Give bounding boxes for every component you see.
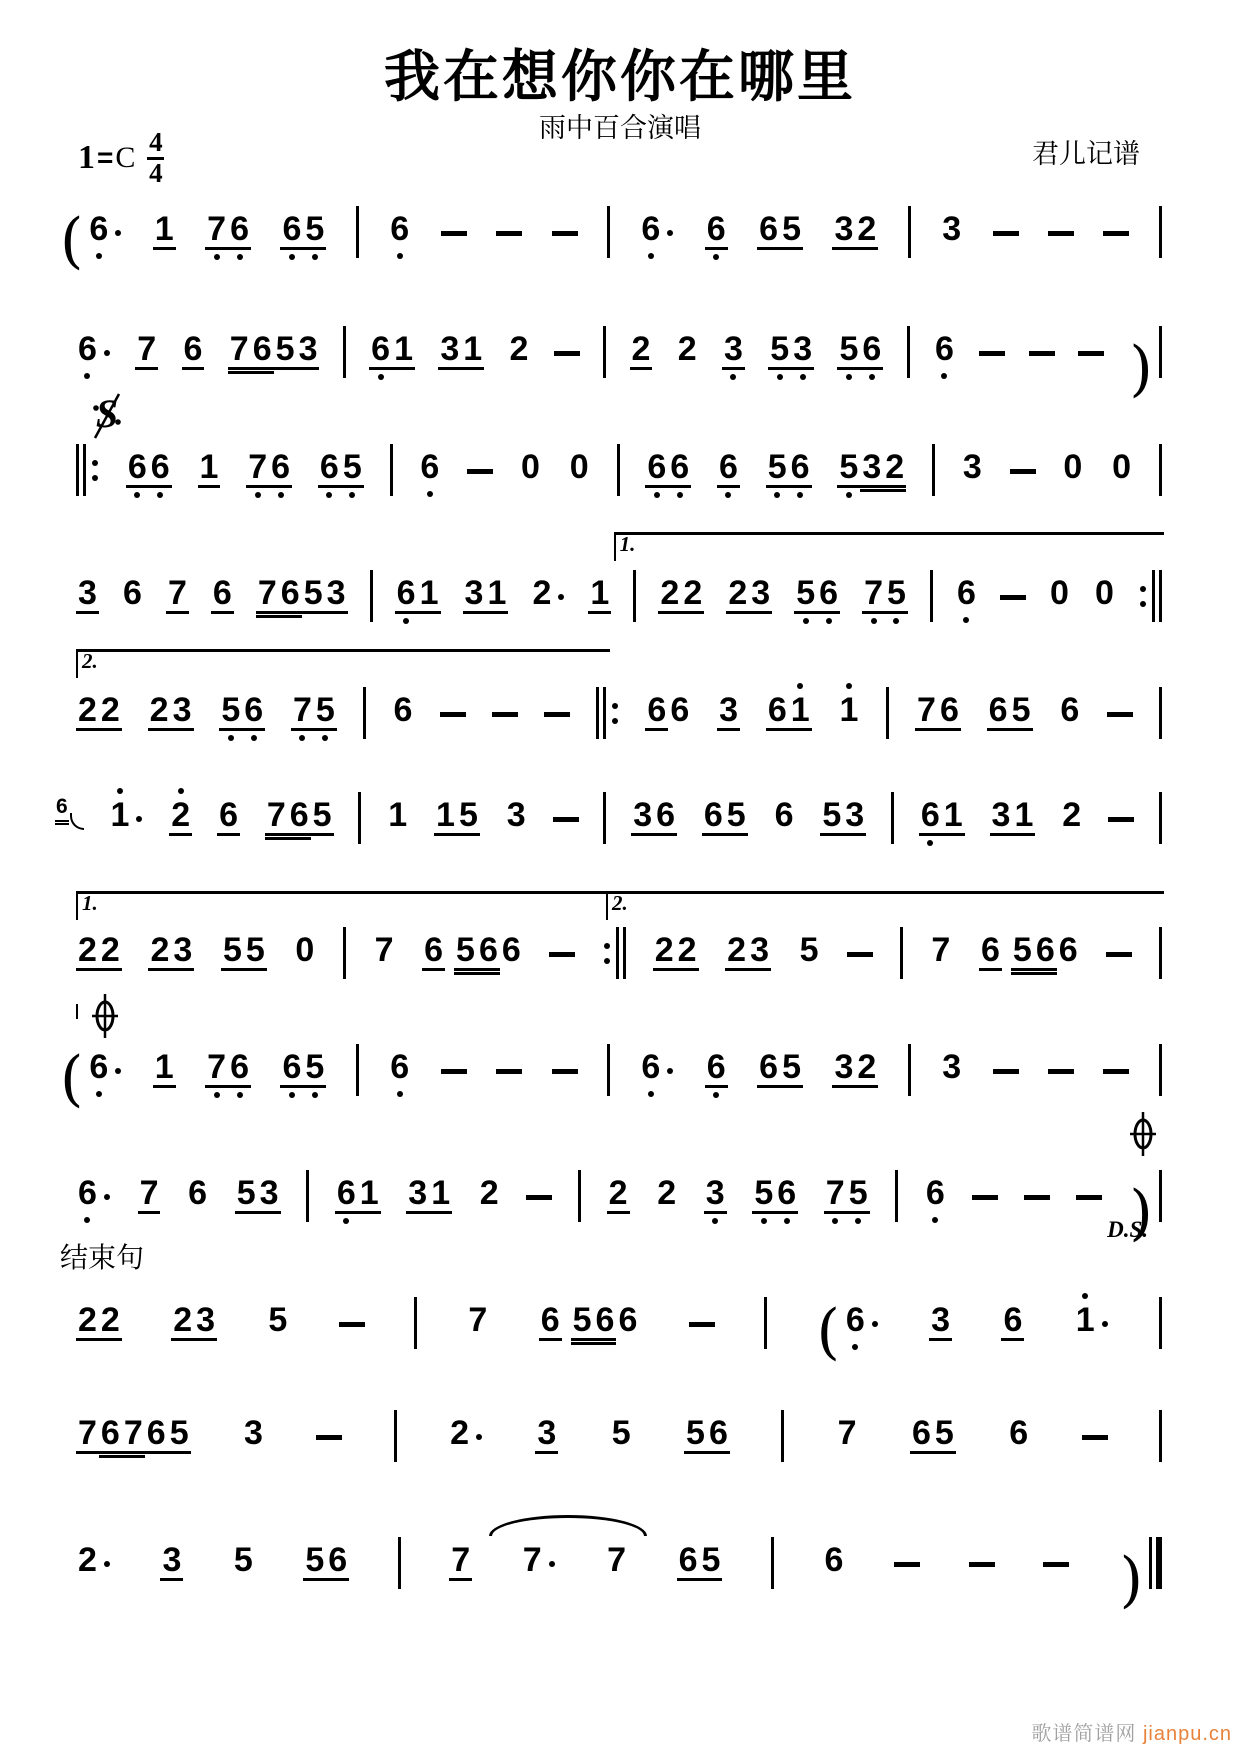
volta-label: 1. (620, 533, 636, 556)
note-digit: 3 (748, 933, 771, 971)
note-token: 7 (449, 1543, 472, 1581)
note-digit: 2 (76, 933, 99, 971)
low-octave-dot (84, 373, 90, 379)
barline (781, 1410, 784, 1462)
note-digit: 2 (530, 576, 553, 614)
low-octave-dot (84, 1217, 90, 1223)
note-digit: 2 (99, 693, 122, 731)
low-octave-dot (289, 254, 295, 260)
note-digit: 6 (668, 450, 691, 488)
barline (1159, 1170, 1162, 1222)
dash-continuation (492, 712, 518, 717)
note-digit: 1 (418, 576, 441, 614)
duration-dot (104, 1561, 110, 1567)
close-paren-barline: ) (1127, 1170, 1161, 1222)
note-digit: 5 (885, 576, 908, 614)
note-token: 22 (76, 1303, 122, 1341)
note-digit: 6 (388, 212, 411, 250)
duration-dot (667, 230, 673, 236)
repeat-dots (604, 943, 610, 964)
note-digit: 1 (198, 450, 221, 488)
note-digit: 2 (478, 1176, 501, 1214)
note-token: 6 (933, 332, 956, 370)
dash-continuation (1029, 351, 1055, 356)
dash-continuation (1082, 1435, 1108, 1440)
barline (603, 792, 606, 844)
note-digit: 7 (122, 1416, 145, 1454)
note-digit: 1 (434, 798, 457, 836)
note-digit: 3 (406, 1176, 429, 1214)
key-equals: = (97, 144, 113, 172)
note-digit: 6 (645, 450, 668, 488)
note-token: 15 (434, 798, 480, 836)
note-token: 0 (1048, 576, 1071, 614)
note-digit: 5 (684, 1416, 707, 1454)
note-digit: 3 (194, 1303, 217, 1341)
note-token: 2 (1060, 798, 1083, 836)
dash-continuation (440, 712, 466, 717)
note-token: 6 (1058, 693, 1081, 731)
barline (617, 444, 620, 496)
note-digit: 5 (1010, 693, 1033, 731)
note-digit: 2 (99, 933, 122, 971)
note-digit: 3 (940, 1050, 963, 1088)
note-digit: 7 (205, 212, 228, 250)
low-octave-dot (312, 1092, 318, 1098)
note-digit: 6 (717, 450, 740, 488)
duration-dot (136, 816, 142, 822)
barline (932, 444, 935, 496)
sheet-music-page: 我在想你你在哪里 雨中百合演唱 1 = C 4 4 君儿记谱 (61766566… (0, 0, 1240, 1754)
note-token: 6566 (979, 933, 1080, 971)
note-token: 23 (148, 693, 194, 731)
note-token: 2 (630, 332, 653, 370)
low-octave-dot (349, 492, 355, 498)
dash-continuation (1078, 351, 1104, 356)
dash-continuation (1000, 595, 1026, 600)
note-digit: 5 (341, 450, 364, 488)
note-digit: 6 (938, 693, 961, 731)
dash-continuation (969, 1562, 995, 1567)
volta-label: 2. (612, 892, 628, 915)
note-digit: 5 (168, 1416, 191, 1454)
note-token: 3 (940, 1050, 963, 1088)
note-token: 3 (961, 450, 984, 488)
repeat-start-barline (76, 444, 100, 496)
note-digit: 0 (519, 450, 542, 488)
barline (356, 1044, 359, 1096)
note-token: 65 (757, 1050, 803, 1088)
note-token: 65 (910, 1416, 956, 1454)
note-digit: 5 (837, 332, 860, 370)
note-digit: 0 (1093, 576, 1116, 614)
dash-continuation (553, 817, 579, 822)
volta-bracket: 2. (76, 649, 610, 678)
coda-tick (76, 1004, 78, 1019)
barline (607, 206, 610, 258)
low-octave-dot (963, 617, 969, 623)
score-line: 23556777656) (76, 1541, 1162, 1581)
dash-continuation (1024, 1195, 1050, 1200)
note-digit: 3 (832, 1050, 855, 1088)
note-digit: 7 (256, 576, 279, 614)
dash-continuation (972, 1195, 998, 1200)
low-octave-dot (278, 492, 284, 498)
note-digit: 7 (449, 1543, 472, 1581)
note-digit: 6 (1058, 693, 1081, 731)
score-line: 1.2.2223550765662223576566 (76, 931, 1162, 971)
note-digit: 6 (269, 450, 292, 488)
note-digit: 5 (219, 693, 242, 731)
barline (771, 1537, 774, 1589)
barline (895, 1170, 898, 1222)
note-digit: 5 (235, 1176, 258, 1214)
note-token: 65 (280, 1050, 326, 1088)
repeat-end-barline (1138, 570, 1162, 622)
note-digit: 7 (166, 576, 189, 614)
note-digit: 6 (369, 332, 392, 370)
note-digit: 6 (76, 1176, 99, 1214)
barline (306, 1170, 309, 1222)
open-paren: ( (60, 1058, 83, 1100)
low-octave-dot (427, 491, 433, 497)
note-token: 1 (198, 450, 221, 488)
ending-label: 结束句 (60, 1241, 144, 1275)
note-digit: 5 (454, 933, 477, 971)
note-token: 2 (530, 576, 566, 614)
duration-dot (476, 1434, 482, 1440)
note-digit: 7 (291, 693, 314, 731)
low-octave-dot (157, 492, 163, 498)
note-digit: 2 (630, 332, 653, 370)
open-paren: ( (816, 1311, 839, 1353)
note-digit: 2 (1060, 798, 1083, 836)
note-digit: 2 (148, 693, 171, 731)
barline (358, 792, 361, 844)
barline (1159, 1297, 1162, 1349)
dash-continuation (544, 712, 570, 717)
note-digit: 2 (148, 933, 171, 971)
volta-bracket: 1. (614, 532, 1164, 561)
note-digit: 3 (832, 212, 855, 250)
note-digit: 6 (228, 1050, 251, 1088)
barline (891, 792, 894, 844)
note-digit: 2 (681, 576, 704, 614)
note-token: 2 (169, 798, 192, 836)
note-digit: 7 (836, 1416, 859, 1454)
low-octave-dot (255, 492, 261, 498)
volta-bracket: 1. (76, 891, 608, 920)
note-digit: 6 (979, 933, 1002, 971)
note-token: 22 (76, 933, 122, 971)
dash-continuation (1043, 1562, 1069, 1567)
low-octave-dot (134, 492, 140, 498)
note-token: 1 (837, 693, 860, 731)
barline (1152, 570, 1155, 622)
note-digit: 1 (461, 332, 484, 370)
barline (907, 326, 910, 378)
note-token: 1 (1074, 1303, 1110, 1341)
note-digit: 3 (704, 1176, 727, 1214)
note-digit: 1 (153, 212, 176, 250)
key-signature: 1 = C 4 4 (78, 130, 164, 186)
low-octave-dot (871, 618, 877, 624)
coda-icon (1128, 1110, 1158, 1163)
note-token: 75 (291, 693, 337, 731)
dash-continuation (316, 1435, 342, 1440)
note-token: 76 (205, 1050, 251, 1088)
note-token: 6 (639, 212, 675, 250)
note-digit: 1 (109, 798, 132, 836)
note-digit: 6 (707, 1416, 730, 1454)
note-digit: 2 (726, 576, 749, 614)
note-digit: 0 (1061, 450, 1084, 488)
dash-continuation (1048, 231, 1074, 236)
note-token: 3 (704, 1176, 727, 1214)
note-token: 1 (153, 1050, 176, 1088)
note-digit: 6 (121, 576, 144, 614)
note-digit: 2 (171, 1303, 194, 1341)
note-digit: 1 (386, 798, 409, 836)
low-octave-dot (713, 254, 719, 260)
note-digit: 7 (373, 933, 396, 971)
score-line: (61766566665323 (60, 1048, 1162, 1088)
note-digit: 2 (676, 933, 699, 971)
watermark-url: jianpu.cn (1143, 1723, 1232, 1745)
note-digit: 6 (335, 1176, 358, 1214)
volta-bracket: 2. (606, 891, 1164, 920)
note-token: 6 (76, 1176, 112, 1214)
note-token: 22 (76, 693, 122, 731)
dash-continuation (1076, 1195, 1102, 1200)
note-token: 1 (588, 576, 611, 614)
note-token: 2 (655, 1176, 678, 1214)
note-token: 23 (726, 576, 772, 614)
note-token: 61 (335, 1176, 381, 1214)
low-octave-dot (648, 253, 654, 259)
dash-continuation (554, 351, 580, 356)
dash-continuation (847, 952, 873, 957)
barline (343, 927, 346, 979)
note-digit: 1 (392, 332, 415, 370)
low-octave-dot (677, 492, 683, 498)
note-digit: 1 (1074, 1303, 1097, 1341)
ds-label: D.S. (1107, 1218, 1148, 1241)
note-digit: 0 (1110, 450, 1133, 488)
note-digit: 6 (668, 693, 691, 731)
watermark: 歌谱简谱网 jianpu.cn (1031, 1722, 1232, 1746)
note-digit: 3 (258, 1176, 281, 1214)
note-digit: 6 (1057, 933, 1080, 971)
low-octave-dot (730, 374, 736, 380)
note-digit: 6 (395, 576, 418, 614)
time-top: 4 (149, 130, 163, 156)
note-digit: 3 (990, 798, 1013, 836)
note-digit: 6 (817, 576, 840, 614)
note-token: 2 (76, 1543, 112, 1581)
note-token: 5 (232, 1543, 255, 1581)
note-token: 6 (773, 798, 796, 836)
note-token: 61 (395, 576, 441, 614)
coda-icon (90, 992, 120, 1045)
note-digit: 6 (789, 450, 812, 488)
note-token: 6 (955, 576, 978, 614)
dash-continuation (526, 1195, 552, 1200)
low-octave-dot (893, 618, 899, 624)
note-digit: 7 (135, 332, 158, 370)
score-line: 结束句2223576566(6361 (76, 1301, 1162, 1341)
note-digit: 2 (883, 450, 906, 488)
note-digit: 1 (358, 1176, 381, 1214)
note-digit: 6 (616, 1303, 639, 1341)
repeat-dot (612, 718, 618, 724)
dash-continuation (689, 1322, 715, 1327)
note-digit: 5 (311, 798, 334, 836)
open-paren: ( (60, 220, 83, 262)
note-token: 56 (837, 332, 883, 370)
note-token: 6 (717, 450, 740, 488)
note-digit: 5 (221, 933, 244, 971)
note-digit: 2 (725, 933, 748, 971)
low-octave-dot (712, 1218, 718, 1224)
note-token: 22 (658, 576, 704, 614)
low-octave-dot (761, 1218, 767, 1224)
barline (370, 570, 373, 622)
note-token: 3 (722, 332, 745, 370)
low-octave-dot (322, 735, 328, 741)
note-digit: 5 (1011, 933, 1034, 971)
dash-continuation (549, 952, 575, 957)
dash-continuation (339, 1322, 365, 1327)
note-token: 66 (126, 450, 172, 488)
time-bottom: 4 (149, 161, 163, 187)
close-paren-final-barline: ) (1118, 1537, 1162, 1589)
note-token: 56 (303, 1543, 349, 1581)
note-digit: 3 (505, 798, 528, 836)
duration-dot (1102, 1321, 1108, 1327)
duration-dot (115, 230, 121, 236)
note-token: 76 (205, 212, 251, 250)
dash-continuation (993, 1069, 1019, 1074)
low-octave-dot (326, 492, 332, 498)
note-token: 56 (752, 1176, 798, 1214)
note-digit: 7 (862, 576, 885, 614)
note-token: (6 (816, 1303, 879, 1341)
barline (900, 927, 903, 979)
tie-arc (489, 1515, 647, 1536)
note-digit: 5 (244, 933, 267, 971)
low-octave-dot (855, 1218, 861, 1224)
note-digit: 3 (535, 1416, 558, 1454)
note-digit: 5 (933, 1416, 956, 1454)
note-token: 6566 (422, 933, 523, 971)
note-digit: 3 (297, 332, 320, 370)
note-digit: 1 (1012, 798, 1035, 836)
key-letter: C (115, 143, 135, 173)
dash-continuation (496, 231, 522, 236)
note-digit: 0 (1048, 576, 1071, 614)
repeat-dot (604, 943, 610, 949)
note-digit: 3 (749, 576, 772, 614)
note-digit: 6 (639, 212, 662, 250)
note-token: 5 (798, 933, 821, 971)
dash-continuation (1103, 231, 1129, 236)
note-token: 32 (832, 1050, 878, 1088)
note-token: 65 (677, 1543, 723, 1581)
low-octave-dot (312, 254, 318, 260)
score-line: 767653235567656 (76, 1414, 1162, 1454)
repeat-dot (1140, 601, 1146, 607)
low-octave-dot (927, 840, 933, 846)
note-token: 6 (211, 576, 234, 614)
note-token: 7 (466, 1303, 489, 1341)
note-token: 75 (824, 1176, 870, 1214)
note-digit: 6 (775, 1176, 798, 1214)
note-digit: 3 (843, 798, 866, 836)
note-digit: 6 (924, 1176, 947, 1214)
note-digit: 3 (325, 576, 348, 614)
repeat-dots (1140, 586, 1146, 607)
note-digit: 7 (929, 933, 952, 971)
note-token: 66 (645, 693, 691, 731)
low-octave-dot (96, 1091, 102, 1097)
note-token: 6 (55, 796, 84, 822)
note-digit: 2 (655, 1176, 678, 1214)
repeat-dot (92, 460, 98, 466)
note-digit: 5 (820, 798, 843, 836)
low-octave-dot (932, 1217, 938, 1223)
note-digit: 1 (153, 1050, 176, 1088)
dash-continuation (496, 1069, 522, 1074)
volta-label: 1. (82, 892, 98, 915)
note-token: 7 (138, 1176, 161, 1214)
low-octave-dot (846, 492, 852, 498)
barline (764, 1297, 767, 1349)
note-digit: 1 (485, 576, 508, 614)
low-octave-dot (797, 492, 803, 498)
note-digit: 5 (798, 933, 821, 971)
note-digit: 5 (837, 450, 860, 488)
note-token: 6 (182, 332, 205, 370)
note-digit: 6 (228, 212, 251, 250)
note-digit: 7 (265, 798, 288, 836)
barline (930, 570, 933, 622)
transcriber-label: 君儿记谱 (1032, 138, 1140, 170)
note-token: 2 (676, 332, 699, 370)
note-digit: 7 (138, 1176, 161, 1214)
barline (908, 206, 911, 258)
note-digit: 3 (631, 798, 654, 836)
note-digit: 6 (211, 576, 234, 614)
repeat-dot (612, 703, 618, 709)
note-token: 6 (1001, 1303, 1024, 1341)
note-digit: 6 (279, 576, 302, 614)
note-digit: 2 (448, 1416, 471, 1454)
barline (616, 927, 619, 979)
note-token: 765 (265, 798, 334, 836)
note-digit: 6 (280, 212, 303, 250)
low-octave-dot (725, 492, 731, 498)
note-digit: 3 (76, 576, 99, 614)
note-token: 56 (684, 1416, 730, 1454)
note-digit: 6 (757, 1050, 780, 1088)
note-token: 31 (438, 332, 484, 370)
note-digit: 2 (607, 1176, 630, 1214)
note-token: 65 (757, 212, 803, 250)
low-octave-dot (941, 373, 947, 379)
dash-continuation (993, 231, 1019, 236)
note-digit: 6 (288, 798, 311, 836)
